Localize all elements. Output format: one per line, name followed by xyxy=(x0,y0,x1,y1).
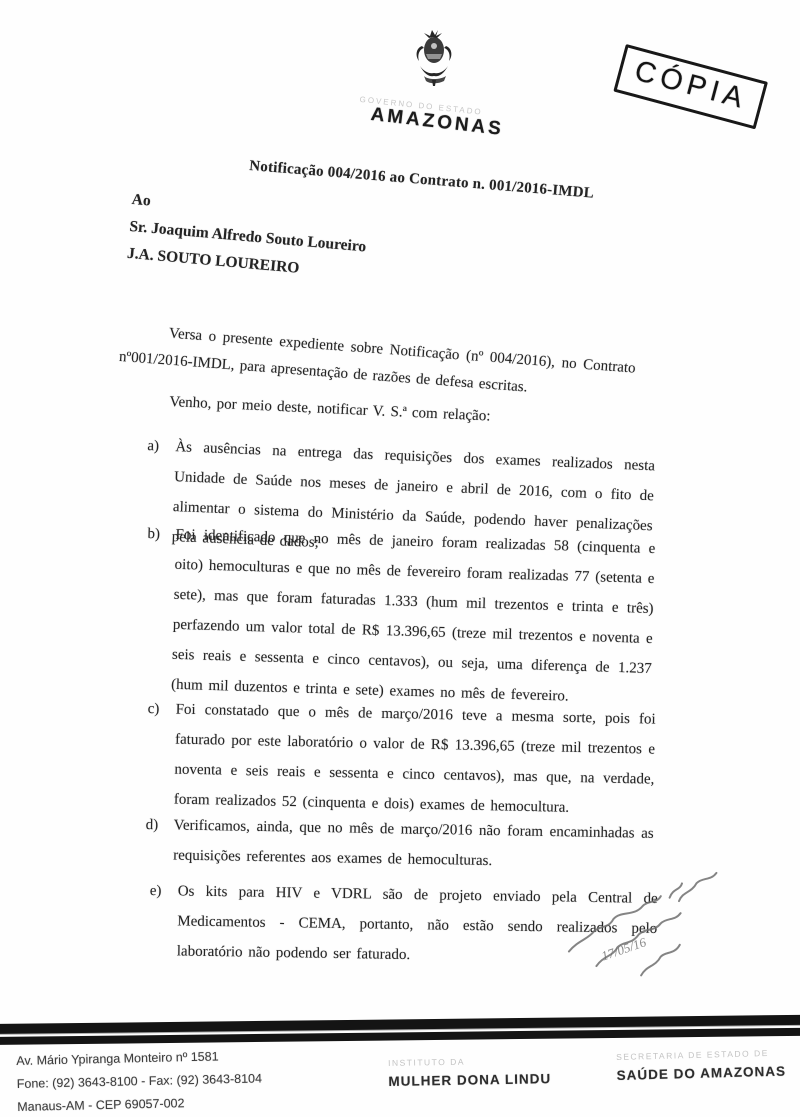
list-item-b: b) Foi identificado que no mês de janeir… xyxy=(143,519,656,714)
item-text: Foi constatado que o mês de março/2016 t… xyxy=(174,702,656,816)
item-label: b) xyxy=(147,519,160,549)
amazonas-coat-of-arms-icon xyxy=(412,28,458,93)
footer-org-secretariat-name: SAÚDE DO AMAZONAS xyxy=(616,1064,786,1083)
footer-city-line: Manaus-AM - CEP 69057-002 xyxy=(17,1090,263,1117)
item-text: Foi identificado que no mês de janeiro f… xyxy=(171,527,656,705)
item-label: c) xyxy=(147,694,159,724)
item-label: e) xyxy=(150,876,162,906)
item-label: d) xyxy=(145,810,158,840)
list-item-d: d) Verificamos, ainda, que no mês de mar… xyxy=(145,810,654,879)
footer-org-institute-name: MULHER DONA LINDU xyxy=(388,1071,551,1089)
recipient-block: Ao Sr. Joaquim Alfredo Souto Loureiro J.… xyxy=(126,186,370,287)
footer-address-block: Av. Mário Ypiranga Monteiro nº 1581 Fone… xyxy=(16,1044,263,1117)
letter-subject: Notificação 004/2016 ao Contrato n. 001/… xyxy=(249,158,595,203)
scanned-letter-page: GOVERNO DO ESTADO AMAZONAS CÓPIA Notific… xyxy=(0,0,800,1117)
footer-org-secretariat-overline: SECRETARIA DE ESTADO DE xyxy=(616,1048,786,1062)
item-label: a) xyxy=(147,431,160,461)
footer-org-secretariat: SECRETARIA DE ESTADO DE SAÚDE DO AMAZONA… xyxy=(616,1048,786,1083)
footer-org-institute: INSTITUTO DA MULHER DONA LINDU xyxy=(388,1055,551,1089)
list-item-c: c) Foi constatado que o mês de março/201… xyxy=(145,694,655,825)
copia-stamp: CÓPIA xyxy=(613,44,768,129)
item-text: Verificamos, ainda, que no mês de março/… xyxy=(173,817,654,869)
footer-org-institute-overline: INSTITUTO DA xyxy=(388,1055,551,1068)
